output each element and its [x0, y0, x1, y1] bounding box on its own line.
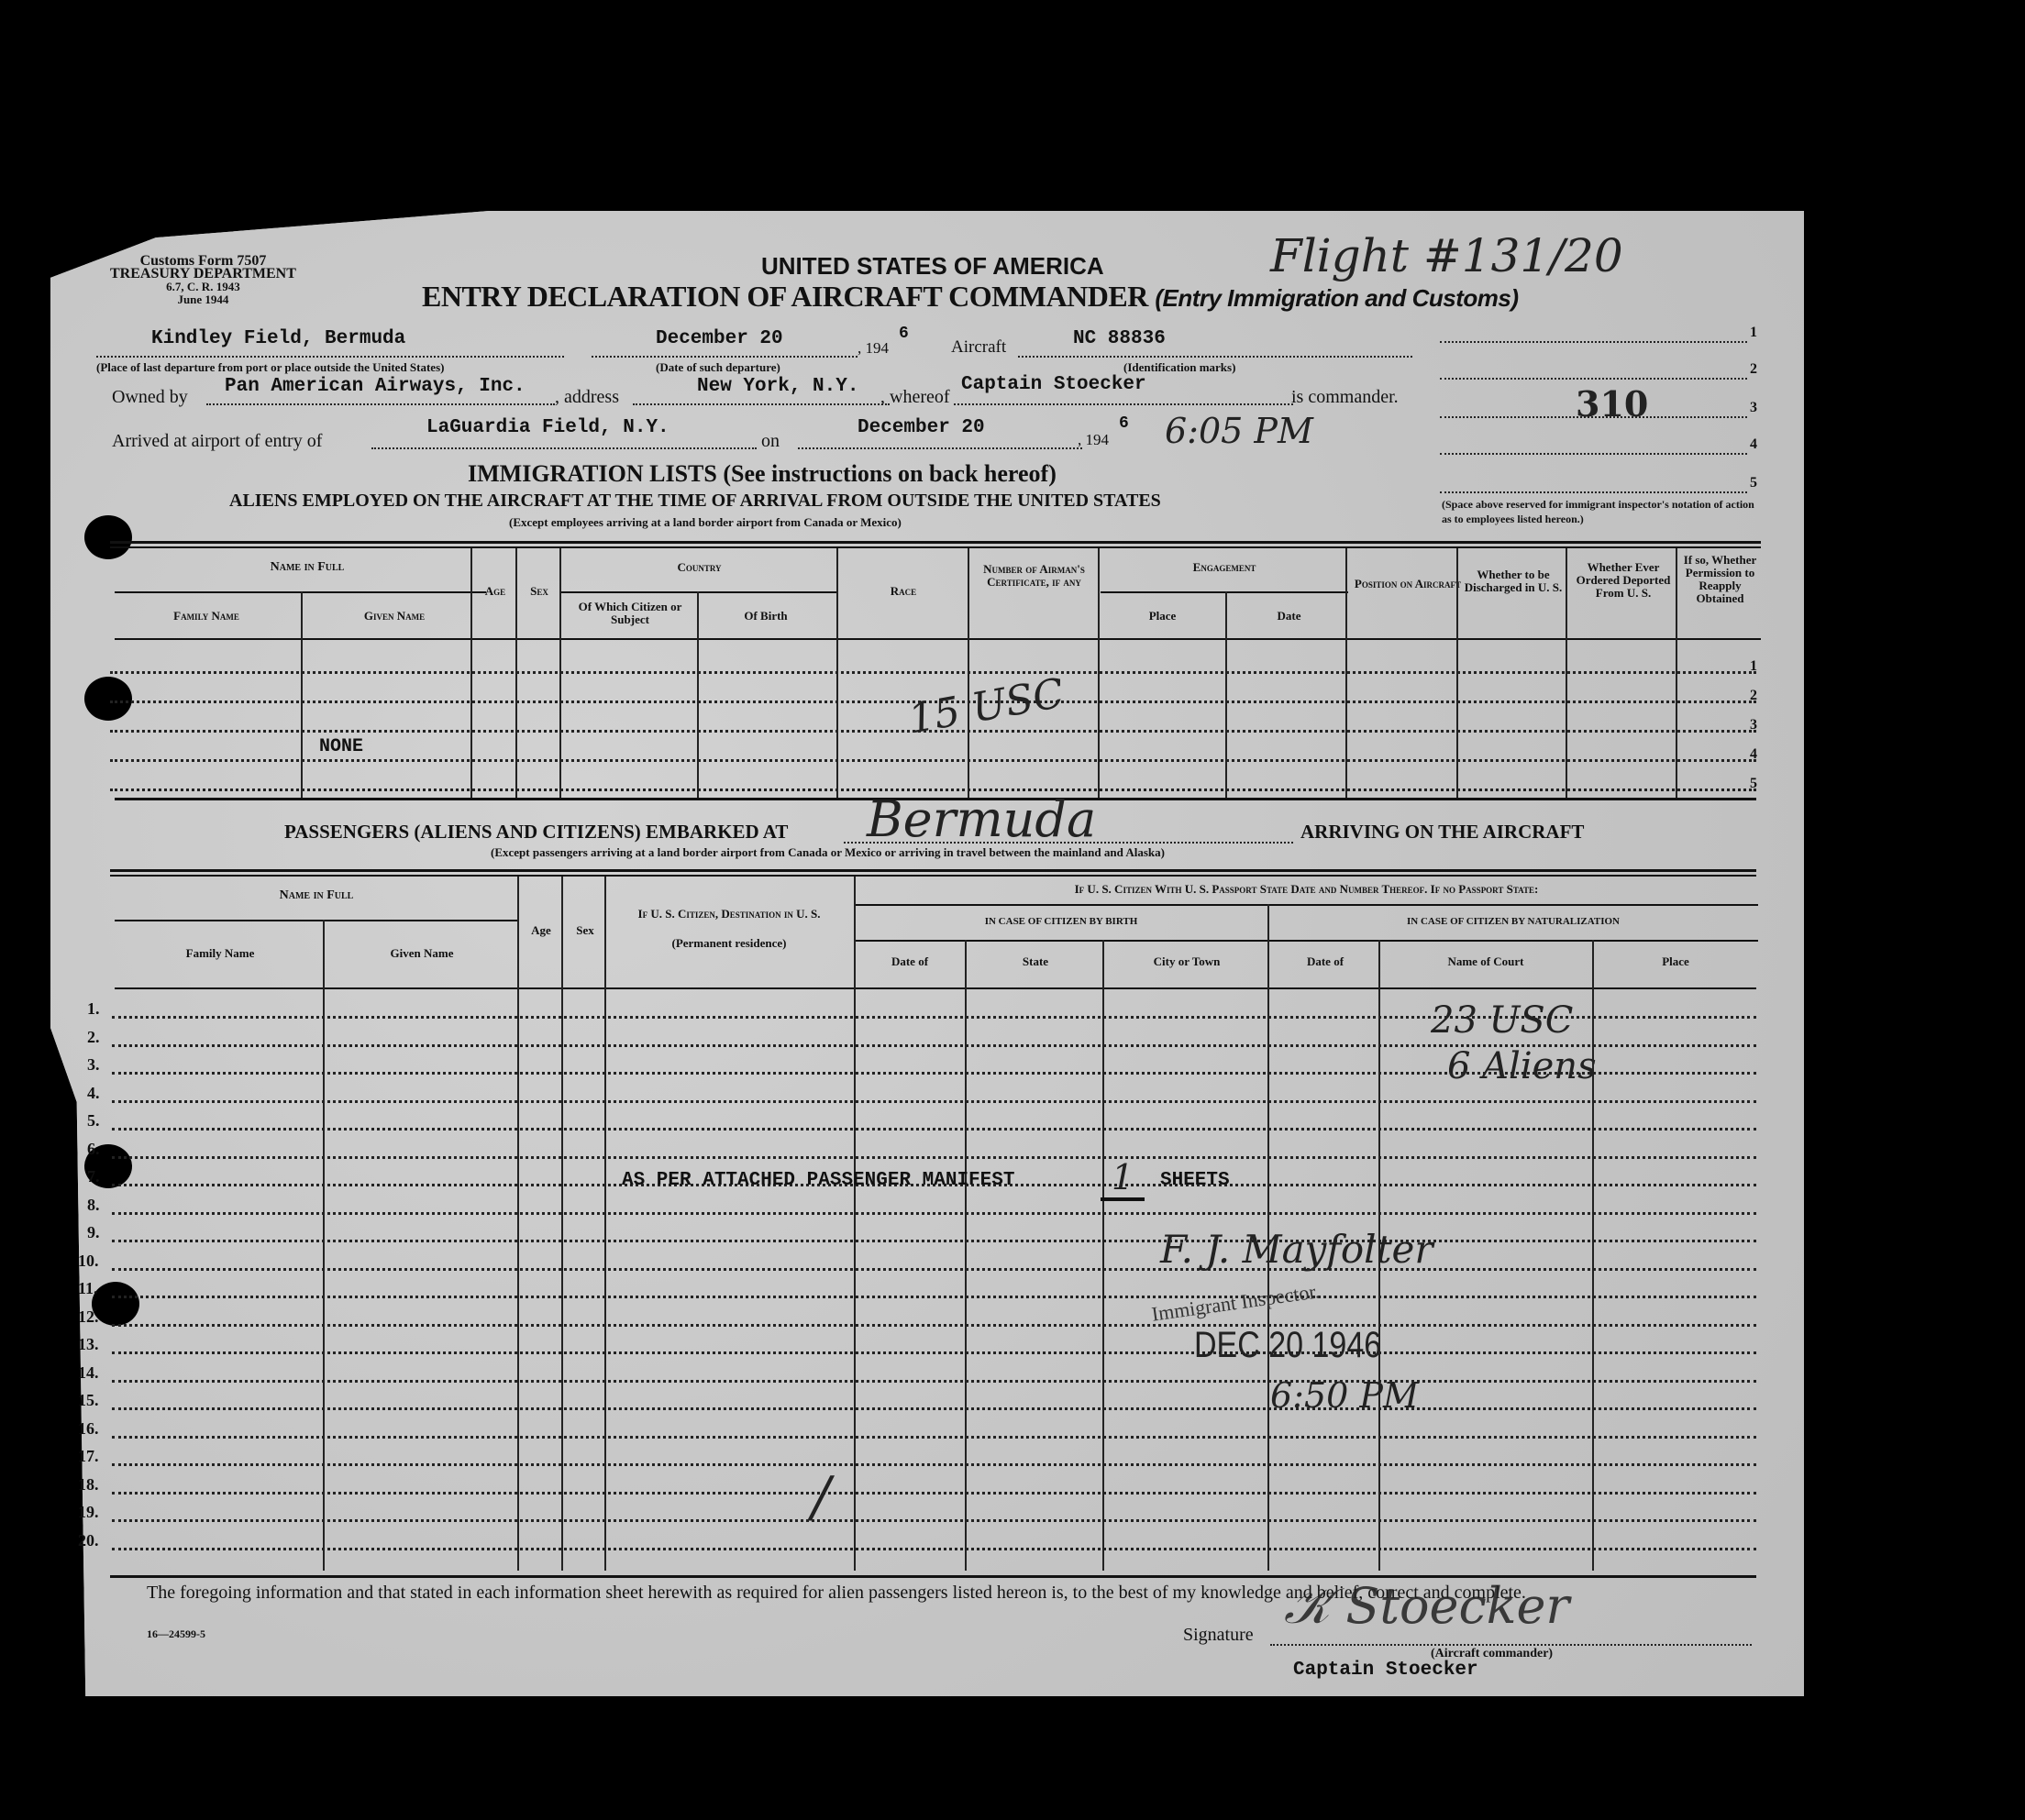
col-race: Race	[839, 585, 968, 598]
inspector-line-number: 3	[1750, 400, 1757, 416]
passenger-row-number: 19.	[78, 1503, 99, 1522]
col-age: Age	[472, 585, 518, 598]
col-p-court: Name of Court	[1380, 955, 1591, 968]
departure-place-line	[96, 356, 564, 358]
col-deported: Whether Ever Ordered Deported From U. S.	[1568, 561, 1678, 600]
table-top-rule	[110, 541, 1761, 544]
pencil-mark: /	[812, 1465, 830, 1529]
departure-date-line	[592, 356, 858, 358]
passenger-row[interactable]	[112, 1436, 1756, 1439]
arrival-airport-value[interactable]: LaGuardia Field, N.Y.	[426, 417, 669, 438]
col-p-age: Age	[518, 924, 564, 937]
commander-value[interactable]: Captain Stoecker	[961, 374, 1146, 395]
passenger-row-number: 15.	[78, 1391, 99, 1410]
edition: June 1944	[110, 293, 296, 306]
aliens-employed-note: (Except employees arriving at a land bor…	[509, 515, 902, 530]
col-p-by-birth: In case of citizen by birth	[855, 915, 1267, 928]
column-divider	[1225, 591, 1227, 798]
is-commander-label: is commander.	[1291, 387, 1399, 408]
col-country: Country	[559, 561, 839, 574]
owner-value[interactable]: Pan American Airways, Inc.	[225, 376, 526, 397]
passenger-row[interactable]	[112, 1100, 1756, 1103]
aliens-employed-subtitle: ALIENS EMPLOYED ON THE AIRCRAFT AT THE T…	[229, 491, 1161, 512]
print-code: 16—24599-5	[147, 1627, 205, 1641]
aircraft-id-line	[1018, 356, 1412, 358]
passenger-row[interactable]	[112, 1268, 1756, 1271]
year-prefix: , 194	[858, 339, 889, 358]
alien-row-4[interactable]	[110, 759, 1756, 762]
header-divider	[1101, 591, 1348, 593]
departure-place-caption: (Place of last departure from port or pl…	[96, 360, 444, 375]
passenger-row-number: 17.	[78, 1447, 99, 1466]
passengers-note-citizens: 23 USC	[1431, 999, 1573, 1042]
col-of-birth: Of Birth	[697, 610, 835, 623]
col-p-nat-date: Date of	[1270, 955, 1380, 968]
passenger-row-number: 2.	[87, 1028, 100, 1047]
passengers-title-pre: PASSENGERS (ALIENS AND CITIZENS) EMBARKE…	[284, 821, 788, 844]
inspector-space-caption: (Space above reserved for immigrant insp…	[1442, 497, 1763, 526]
column-divider	[604, 877, 606, 1571]
passenger-row-number: 18.	[78, 1475, 99, 1495]
embarked-at-value[interactable]: Bermuda	[867, 790, 1096, 848]
passenger-row-number: 12.	[78, 1307, 99, 1327]
col-citizen-of: Of Which Citizen or Subject	[561, 601, 699, 626]
on-label: on	[761, 431, 780, 452]
table-top-rule	[110, 869, 1756, 872]
inspector-line-number: 4	[1750, 436, 1757, 453]
row-number: 1	[1750, 658, 1757, 675]
passenger-row-number: 20.	[78, 1531, 99, 1550]
header-bottom-rule	[115, 638, 1761, 640]
table-top-rule-2	[110, 546, 1761, 548]
manifest-sheets-value[interactable]: 1	[1101, 1157, 1145, 1201]
signature-line[interactable]	[1270, 1644, 1752, 1646]
column-divider	[517, 877, 519, 1571]
column-divider	[301, 591, 303, 798]
passenger-row[interactable]	[112, 1324, 1756, 1327]
passenger-row-number: 8.	[87, 1196, 100, 1215]
passenger-row[interactable]	[112, 1128, 1756, 1131]
passengers-note-aliens: 6 Aliens	[1447, 1045, 1597, 1087]
passenger-row-number: 9.	[87, 1223, 100, 1242]
inspector-line-number: 1	[1750, 325, 1757, 341]
departure-date-value[interactable]: December 20	[656, 328, 783, 349]
passenger-row-number: 6.	[87, 1140, 100, 1159]
form-subtitle: (Entry Immigration and Customs)	[1155, 284, 1518, 312]
column-divider	[697, 591, 699, 798]
col-eng-place: Place	[1101, 610, 1224, 623]
inspector-line-5	[1440, 491, 1747, 493]
row-number: 4	[1750, 746, 1757, 763]
row-number: 5	[1750, 776, 1757, 792]
column-divider	[1592, 940, 1594, 1571]
col-given-name: Given Name	[303, 610, 486, 623]
commander-signature: 𝒦 Stoecker	[1284, 1577, 1569, 1636]
passenger-row-number: 4.	[87, 1084, 100, 1103]
col-p-state: State	[968, 955, 1103, 968]
arrival-year-digit[interactable]: 6	[1119, 414, 1129, 433]
signature-label: Signature	[1183, 1625, 1254, 1646]
col-p-birth-date: Date of	[855, 955, 965, 968]
departure-place-value[interactable]: Kindley Field, Bermuda	[151, 328, 405, 349]
header-divider	[561, 591, 836, 593]
passenger-row[interactable]	[112, 1240, 1756, 1242]
passenger-row-number: 3.	[87, 1055, 100, 1075]
header-divider	[855, 940, 1758, 942]
col-eng-date: Date	[1227, 610, 1351, 623]
passenger-row-number: 10.	[78, 1252, 99, 1271]
passenger-row[interactable]	[112, 1519, 1756, 1522]
col-p-destination-sub: (Permanent residence)	[610, 937, 848, 950]
inspector-line-2	[1440, 378, 1747, 380]
col-p-passport: If U. S. Citizen With U. S. Passport Sta…	[855, 883, 1758, 896]
inspector-signature: F. J. Mayfolter	[1160, 1227, 1433, 1272]
departure-date-caption: (Date of such departure)	[656, 360, 780, 375]
inspector-line-4	[1440, 453, 1747, 455]
passenger-row[interactable]	[112, 1548, 1756, 1550]
inspector-line-number: 5	[1750, 475, 1757, 491]
col-engagement: Engagement	[1101, 561, 1348, 574]
row-number: 2	[1750, 688, 1757, 704]
punch-hole	[92, 1282, 139, 1326]
arrival-airport-line	[371, 447, 757, 449]
column-divider	[1102, 940, 1104, 1571]
passenger-row-number: 5.	[87, 1111, 100, 1131]
header-bottom-rule	[115, 987, 1756, 989]
inspector-line-number: 2	[1750, 361, 1757, 378]
column-divider	[561, 877, 563, 1571]
aircraft-id-caption: (Identification marks)	[1123, 360, 1235, 375]
passenger-row-number: 7.	[87, 1167, 100, 1186]
column-divider	[965, 940, 967, 1571]
col-name-in-full: Name in Full	[128, 561, 486, 574]
passenger-row[interactable]	[112, 1212, 1756, 1215]
alien-row-1[interactable]	[110, 671, 1756, 674]
whereof-label: , whereof	[880, 387, 950, 408]
passenger-row-number: 1.	[87, 999, 100, 1019]
arrival-date-line	[798, 447, 1082, 449]
passenger-row[interactable]	[112, 1463, 1756, 1466]
col-sex: Sex	[516, 585, 562, 598]
table-top-rule-2	[110, 875, 1756, 877]
arrived-label: Arrived at airport of entry of	[112, 431, 322, 452]
row-number: 3	[1750, 717, 1757, 734]
passenger-row[interactable]	[112, 1407, 1756, 1410]
col-p-by-nat: In case of citizen by naturalization	[1270, 915, 1756, 928]
aircraft-id-value[interactable]: NC 88836	[1073, 328, 1166, 349]
form-identifier: Customs Form 7507 TREASURY DEPARTMENT 6.…	[110, 255, 296, 306]
col-p-given-name: Given Name	[326, 947, 518, 960]
passenger-row[interactable]	[112, 1296, 1756, 1298]
typed-commander-name: Captain Stoecker	[1293, 1660, 1478, 1681]
passengers-note: (Except passengers arriving at a land bo…	[491, 845, 1165, 860]
passenger-row-number: 14.	[78, 1363, 99, 1383]
passenger-row[interactable]	[112, 1156, 1756, 1159]
col-family-name: Family Name	[115, 610, 298, 623]
passengers-title-post: ARRIVING ON THE AIRCRAFT	[1300, 821, 1584, 844]
stamp-date: DEC 20 1946	[1194, 1325, 1381, 1366]
col-discharged: Whether to be Discharged in U. S.	[1458, 568, 1568, 594]
header-divider	[115, 920, 518, 921]
commander-line	[954, 403, 1293, 405]
inspector-number: 310	[1576, 383, 1648, 425]
col-p-sex: Sex	[562, 924, 608, 937]
col-p-place: Place	[1593, 955, 1758, 968]
manifest-label: AS PER ATTACHED PASSENGER MANIFEST	[622, 1170, 1014, 1191]
header-divider	[855, 904, 1758, 906]
owner-line	[206, 403, 555, 405]
passenger-row[interactable]	[112, 1492, 1756, 1495]
arrival-time-note: 6:05 PM	[1165, 411, 1313, 451]
col-p-name-in-full: Name in Full	[115, 889, 518, 902]
address-value[interactable]: New York, N.Y.	[697, 376, 858, 397]
passenger-row[interactable]	[112, 1351, 1756, 1354]
address-line	[633, 403, 890, 405]
column-divider	[854, 877, 856, 1571]
punch-hole	[84, 677, 132, 721]
passenger-row-number: 16.	[78, 1419, 99, 1439]
aircraft-label: Aircraft	[951, 337, 1006, 358]
col-p-family-name: Family Name	[115, 947, 326, 960]
arrival-date-value[interactable]: December 20	[858, 417, 985, 438]
passenger-row[interactable]	[112, 1380, 1756, 1383]
departure-year-digit[interactable]: 6	[899, 325, 909, 343]
department: TREASURY DEPARTMENT	[110, 268, 296, 281]
col-position: Position on Aircraft	[1353, 578, 1463, 590]
manifest-sheets-label: SHEETS	[1160, 1170, 1230, 1191]
inspector-line-1	[1440, 341, 1747, 343]
col-p-destination: If U. S. Citizen, Destination in U. S.	[610, 908, 848, 921]
owned-by-label: Owned by	[112, 387, 188, 408]
arrival-year-prefix: , 194	[1078, 431, 1109, 449]
punch-hole	[84, 515, 132, 559]
passenger-row-number: 13.	[78, 1335, 99, 1354]
regulations: 6.7, C. R. 1943	[110, 281, 296, 293]
stamp-time-note: 6:50 PM	[1270, 1375, 1419, 1416]
col-reapply: If so, Whether Permission to Reapply Obt…	[1676, 554, 1764, 605]
country-heading: UNITED STATES OF AMERICA	[761, 252, 1104, 281]
col-airman-cert: Number of Airman's Certificate, if any	[972, 563, 1096, 589]
form-title: ENTRY DECLARATION OF AIRCRAFT COMMANDER …	[422, 280, 1519, 314]
address-label: , address	[555, 387, 619, 408]
immigration-lists-title: IMMIGRATION LISTS (See instructions on b…	[468, 460, 1057, 488]
col-p-city: City or Town	[1105, 955, 1268, 968]
passenger-row-number: 11.	[78, 1279, 98, 1298]
aliens-entry-value: NONE	[319, 736, 363, 757]
flight-number-note: Flight #131/20	[1270, 229, 1623, 282]
